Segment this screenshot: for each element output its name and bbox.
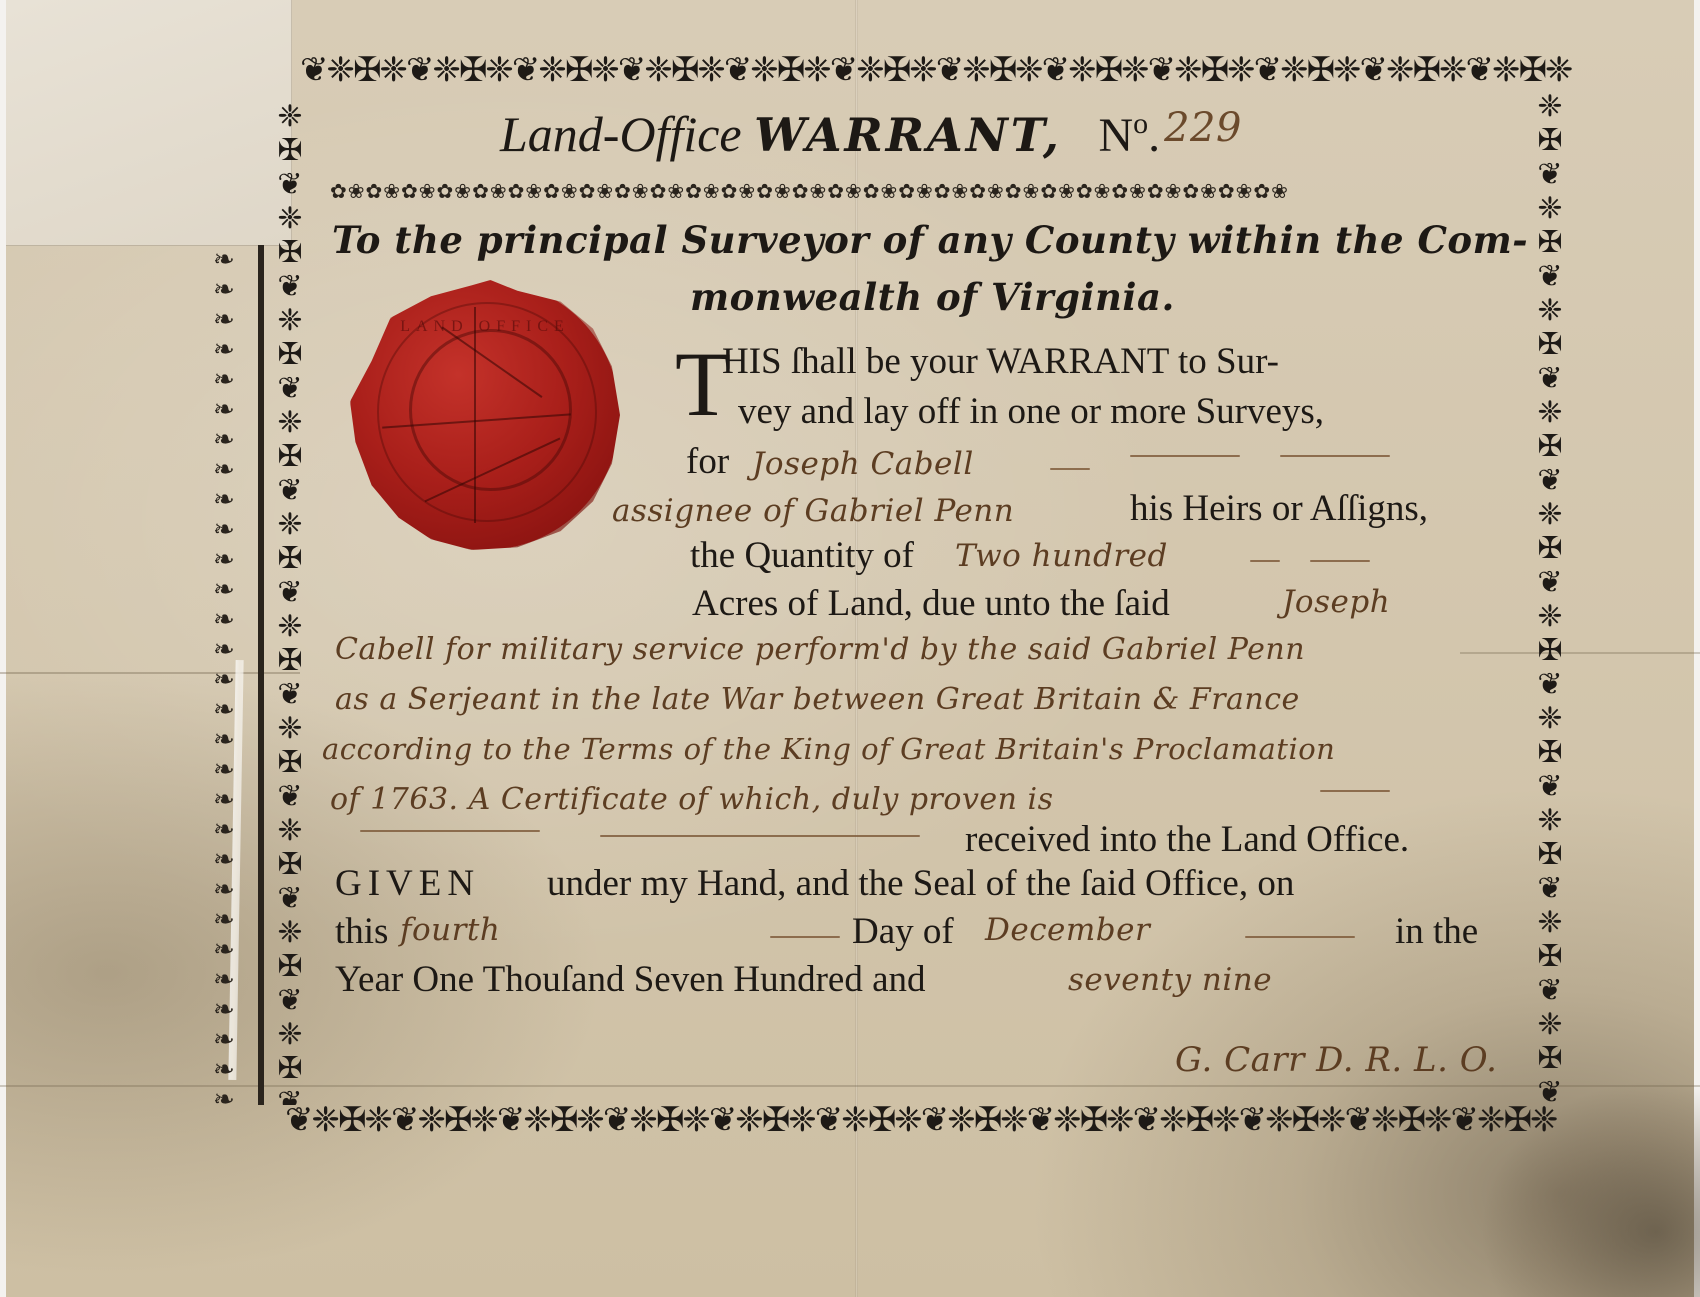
blank-filler-line [1130, 455, 1240, 457]
in-the-label: in the [1395, 910, 1478, 953]
document-title: Land-Office WARRANT, No.229 [500, 105, 1160, 163]
horizontal-fold-line-left [0, 672, 300, 674]
given-label: GIVEN [335, 862, 480, 905]
address-line-2: monwealth of Virginia. [690, 275, 1175, 319]
seal-legend: LAND OFFICE [350, 318, 620, 336]
blank-filler-line [600, 835, 920, 837]
given-text: under my Hand, and the Seal of the ſaid … [547, 862, 1294, 905]
signature: G. Carr D. R. L. O. [1175, 1040, 1497, 1080]
day-of-label: Day of [852, 910, 954, 953]
blank-filler-line [1250, 560, 1280, 562]
year-value: seventy nine [1068, 962, 1272, 998]
day-value: fourth [400, 912, 500, 948]
received-text: received into the Land Office. [965, 818, 1409, 861]
blank-filler-line [1310, 560, 1370, 562]
divider-ornament: ✿❀✿❀✿❀✿❀✿❀✿❀✿❀✿❀✿❀✿❀✿❀✿❀✿❀✿❀✿❀✿❀✿❀✿❀✿❀✿❀… [330, 178, 1500, 204]
blank-filler-line [1280, 455, 1390, 457]
for-label: for [686, 440, 729, 483]
blank-filler-line [1245, 936, 1355, 938]
body-line-2: vey and lay off in one or more Surveys, [738, 390, 1324, 433]
paper-fold-flap [6, 0, 292, 246]
title-main: WARRANT, [754, 108, 1062, 162]
heirs-text: his Heirs or Aſſigns, [1130, 487, 1428, 530]
left-ornamental-border: ❈✠❦❈✠❦❈✠❦❈✠❦❈✠❦❈✠❦❈✠❦❈✠❦❈✠❦❈✠❦❈✠❦❈✠❦❈✠❦❈… [270, 100, 310, 1105]
blank-filler-line [770, 936, 840, 938]
quantity-label: the Quantity of [690, 534, 914, 577]
horizontal-fold-line-right [1460, 652, 1700, 654]
seal-inner-ring [409, 329, 572, 492]
left-border-rule [258, 245, 264, 1105]
quantity-value: Two hundred [955, 538, 1168, 574]
blank-filler-line [1320, 790, 1390, 792]
year-text: Year One Thouſand Seven Hundred and [335, 958, 926, 1001]
title-prefix: Land-Office [500, 106, 742, 162]
seal-crack [474, 307, 476, 523]
body-line-1: HIS ſhall be your WARRANT to Sur- [722, 340, 1279, 383]
due-unto-name: Joseph [1282, 584, 1390, 620]
manuscript-line-3: according to the Terms of the King of Gr… [322, 732, 1335, 766]
address-line-1: To the principal Surveyor of any County … [332, 218, 1528, 262]
horizontal-fold-line [0, 1085, 1700, 1087]
left-outer-ornamental-border: ❧❧❧❧❧❧❧❧❧❧❧❧❧❧❧❧❧❧❧❧❧❧❧❧❧❧❧❧❧❧❧❧❧❧ [205, 245, 243, 1105]
top-ornamental-border: ❦❈✠❈❦❈✠❈❦❈✠❈❦❈✠❈❦❈✠❈❦❈✠❈❦❈✠❈❦❈✠❈❦❈✠❈❦❈✠❈… [300, 50, 1580, 90]
assignee-text: assignee of Gabriel Penn [612, 493, 1014, 529]
manuscript-line-1: Cabell for military service perform'd by… [335, 632, 1305, 667]
grantee-name: Joseph Cabell [752, 446, 974, 482]
manuscript-line-4: of 1763. A Certificate of which, duly pr… [330, 782, 1054, 817]
blank-filler-line [360, 830, 540, 832]
bottom-ornamental-border: ❦❈✠❈❦❈✠❈❦❈✠❈❦❈✠❈❦❈✠❈❦❈✠❈❦❈✠❈❦❈✠❈❦❈✠❈❦❈✠❈… [285, 1100, 1580, 1140]
this-label: this [335, 910, 388, 953]
blank-filler-line [1050, 468, 1090, 470]
acres-text: Acres of Land, due unto the ſaid [692, 582, 1170, 625]
manuscript-line-2: as a Serjeant in the late War between Gr… [335, 682, 1300, 717]
number-label: No. [1098, 109, 1160, 162]
right-ornamental-border: ❈✠❦❈✠❦❈✠❦❈✠❦❈✠❦❈✠❦❈✠❦❈✠❦❈✠❦❈✠❦❈✠❦❈✠❦❈✠❦❈… [1530, 90, 1570, 1105]
warrant-number: 229 [1164, 105, 1242, 151]
month-value: December [985, 912, 1150, 948]
